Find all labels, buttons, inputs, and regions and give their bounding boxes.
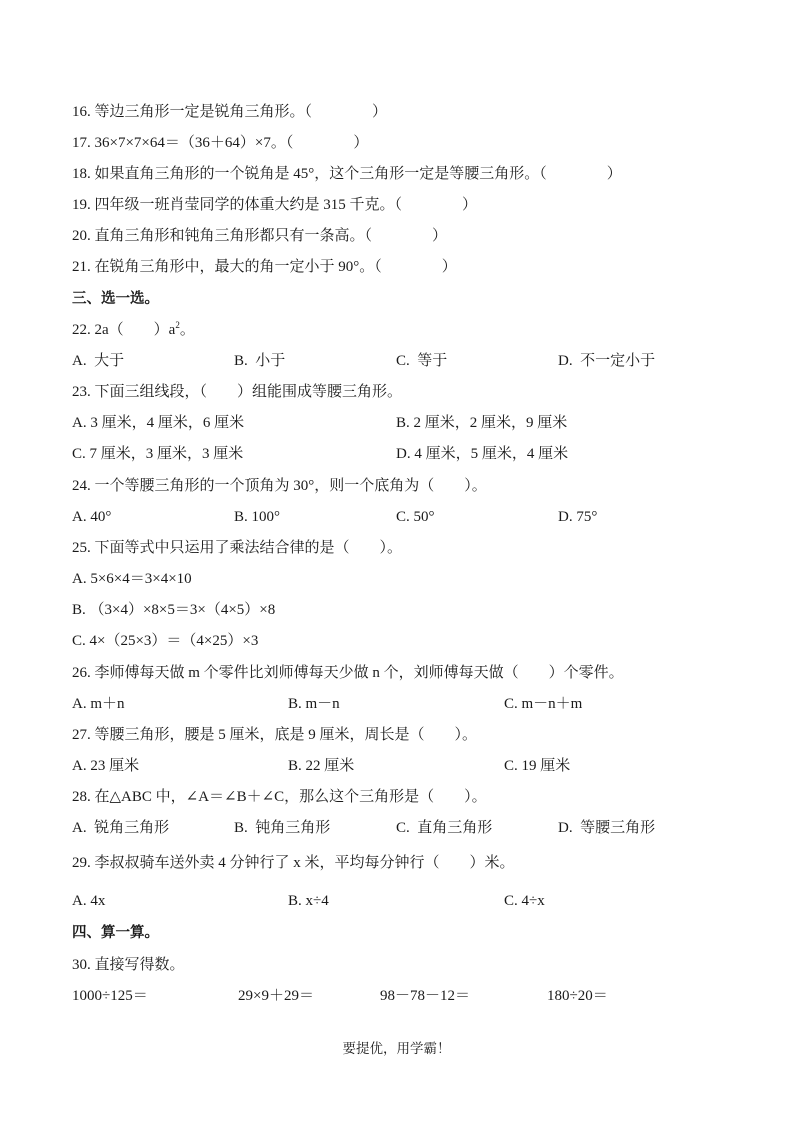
option-c: C. 4÷x (504, 891, 545, 911)
option-c: C. 4×（25×3）＝（4×25）×3 (72, 631, 258, 651)
option-c: C. 7 厘米，3 厘米，3 厘米 (72, 444, 243, 464)
option-b: B. 22 厘米 (288, 756, 354, 776)
question-25-stem: 25. 下面等式中只运用了乘法结合律的是（ ）。 (72, 538, 402, 558)
option-b: B. 2 厘米，2 厘米，9 厘米 (396, 413, 567, 433)
option-b: B. 小于 (234, 351, 285, 371)
question-17: 17. 36×7×7×64＝（36＋64）×7。（ ） (72, 133, 368, 153)
option-a: A. 锐角三角形 (72, 818, 169, 838)
option-a: A. 40° (72, 507, 111, 527)
page-footer: 要提优，用学霸！ (0, 1040, 793, 1058)
question-16: 16. 等边三角形一定是锐角三角形。（ ） (72, 102, 387, 122)
option-c: C. 19 厘米 (504, 756, 570, 776)
question-20: 20. 直角三角形和钝角三角形都只有一条高。（ ） (72, 226, 447, 246)
section-heading-calculate: 四、算一算。 (72, 923, 159, 943)
option-d: D. 75° (558, 507, 597, 527)
question-22-stem: 22. 2a（ ）a2。 (72, 320, 195, 340)
option-b: B. m－n (288, 694, 340, 714)
calc-item-4: 180÷20＝ (547, 986, 608, 1006)
option-b: B. x÷4 (288, 891, 329, 911)
calc-item-2: 29×9＋29＝ (238, 986, 314, 1006)
option-d: D. 等腰三角形 (558, 818, 655, 838)
option-b: B. 100° (234, 507, 280, 527)
option-a: A. 4x (72, 891, 105, 911)
question-28-stem: 28. 在△ABC 中，∠A＝∠B＋∠C，那么这个三角形是（ ）。 (72, 787, 487, 807)
option-a: A. 5×6×4＝3×4×10 (72, 569, 192, 589)
question-24-stem: 24. 一个等腰三角形的一个顶角为 30°，则一个底角为（ ）。 (72, 476, 487, 496)
question-19: 19. 四年级一班肖莹同学的体重大约是 315 千克。（ ） (72, 195, 477, 215)
question-29-stem: 29. 李叔叔骑车送外卖 4 分钟行了 x 米，平均每分钟行（ ）米。 (72, 853, 515, 873)
question-30-stem: 30. 直接写得数。 (72, 955, 185, 975)
question-23-stem: 23. 下面三组线段，（ ）组能围成等腰三角形。 (72, 382, 402, 402)
question-18: 18. 如果直角三角形的一个锐角是 45°，这个三角形一定是等腰三角形。（ ） (72, 164, 622, 184)
calc-item-3: 98－78－12＝ (380, 986, 470, 1006)
option-b: B. 钝角三角形 (234, 818, 330, 838)
option-c: C. m－n＋m (504, 694, 582, 714)
option-a: A. 23 厘米 (72, 756, 139, 776)
option-c: C. 50° (396, 507, 435, 527)
option-b: B. （3×4）×8×5＝3×（4×5）×8 (72, 600, 275, 620)
option-d: D. 不一定小于 (558, 351, 655, 371)
calc-item-1: 1000÷125＝ (72, 986, 148, 1006)
option-d: D. 4 厘米，5 厘米，4 厘米 (396, 444, 568, 464)
section-heading-choose: 三、选一选。 (72, 289, 159, 309)
question-27-stem: 27. 等腰三角形，腰是 5 厘米，底是 9 厘米，周长是（ ）。 (72, 725, 477, 745)
option-a: A. 大于 (72, 351, 124, 371)
option-a: A. m＋n (72, 694, 125, 714)
option-c: C. 等于 (396, 351, 447, 371)
question-21: 21. 在锐角三角形中，最大的角一定小于 90°。（ ） (72, 257, 457, 277)
option-a: A. 3 厘米，4 厘米，6 厘米 (72, 413, 244, 433)
option-c: C. 直角三角形 (396, 818, 492, 838)
question-26-stem: 26. 李师傅每天做 m 个零件比刘师傅每天少做 n 个，刘师傅每天做（ ）个零… (72, 663, 624, 683)
